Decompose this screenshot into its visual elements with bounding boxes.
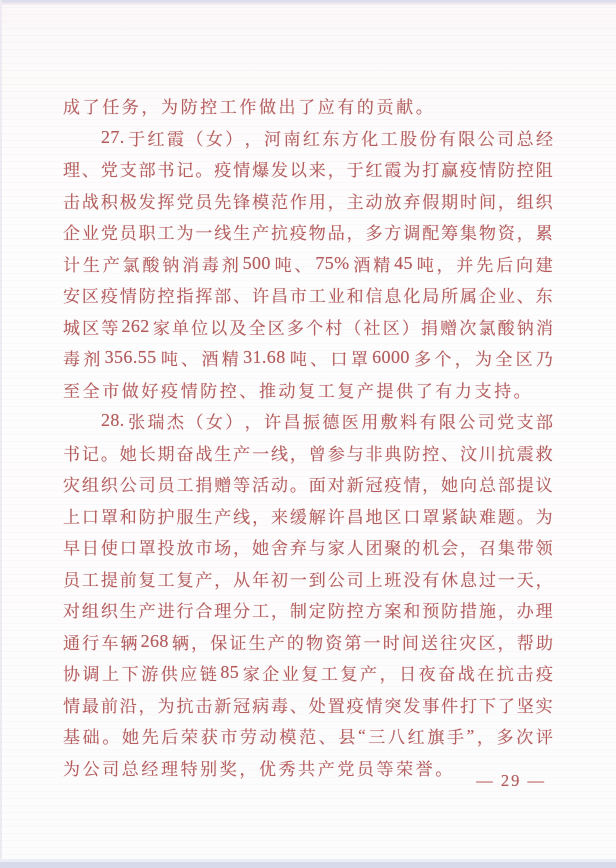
glyph: 区 [478, 629, 495, 654]
glyph: 理 [63, 156, 80, 181]
glyph: 精 [373, 251, 390, 276]
glyph: 线 [271, 440, 288, 465]
glyph: 限 [458, 125, 475, 150]
glyph: 有 [422, 566, 439, 591]
glyph: 爆 [252, 156, 269, 181]
glyph: 誉 [416, 755, 433, 780]
glyph: 一 [290, 566, 307, 591]
glyph: ， [233, 534, 250, 559]
text-line: 击战积极发挥党员先锋模范作用，主动放弃假期时间，组织 [63, 185, 553, 217]
glyph: 业 [282, 660, 299, 685]
glyph: （ [186, 125, 203, 150]
glyph: 打 [422, 156, 439, 181]
glyph: （ [186, 408, 203, 433]
glyph: 产 [233, 440, 250, 465]
glyph: 救 [536, 440, 553, 465]
glyph: 口 [403, 503, 420, 528]
glyph: 生 [249, 629, 266, 654]
glyph: ） [402, 314, 419, 339]
glyph: 对 [328, 471, 345, 496]
glyph: 等 [101, 314, 118, 339]
glyph: 办 [517, 597, 534, 622]
glyph: 献 [396, 93, 413, 118]
glyph: 早 [63, 534, 80, 559]
glyph: 日 [399, 660, 416, 685]
glyph: 产 [252, 219, 269, 244]
glyph: 时 [460, 188, 477, 213]
glyph: 后 [496, 251, 513, 276]
glyph: ， [328, 188, 345, 213]
text-line: 毒剂356.55吨、酒精31.68吨、口罩6000多个，为全区乃 [63, 342, 553, 374]
glyph: 优 [259, 755, 276, 780]
glyph: 疫 [460, 156, 477, 181]
glyph: 356.55 [104, 347, 158, 368]
glyph: 产 [318, 755, 335, 780]
glyph: 社 [364, 314, 381, 339]
glyph: 向 [460, 471, 477, 496]
glyph: 疫 [101, 282, 118, 307]
glyph: 单 [172, 314, 189, 339]
glyph: 贡 [377, 93, 394, 118]
glyph: 抗 [498, 440, 515, 465]
glyph: 为 [63, 755, 80, 780]
glyph: 服 [176, 503, 193, 528]
glyph: 灾 [63, 471, 80, 496]
glyph: ， [271, 597, 288, 622]
glyph: 支 [474, 377, 491, 402]
glyph: 召 [479, 534, 496, 559]
glyph: 公 [478, 125, 495, 150]
glyph: 消 [536, 314, 553, 339]
glyph: 方 [342, 125, 359, 150]
glyph: 南 [284, 125, 301, 150]
glyph: 战 [195, 440, 212, 465]
glyph: 料 [400, 408, 417, 433]
glyph: 第 [344, 629, 361, 654]
glyph: 市 [290, 282, 307, 307]
glyph: 支 [120, 156, 137, 181]
glyph: 、 [181, 345, 198, 370]
glyph: 线 [214, 219, 231, 244]
glyph: 有 [435, 377, 452, 402]
glyph: 、 [319, 723, 336, 748]
glyph: 前 [101, 692, 118, 717]
glyph: 复 [337, 377, 354, 402]
glyph: 舍 [271, 534, 288, 559]
glyph: 昌 [271, 282, 288, 307]
glyph: 带 [517, 534, 534, 559]
glyph: 精 [222, 345, 239, 370]
glyph: 议 [536, 471, 553, 496]
glyph: 情 [366, 692, 383, 717]
glyph: 冠 [233, 692, 250, 717]
glyph: 赠 [440, 314, 457, 339]
glyph: 通 [63, 629, 80, 654]
glyph: 送 [421, 629, 438, 654]
glyph: 施 [479, 597, 496, 622]
glyph: 了 [416, 377, 433, 402]
glyph: ， [239, 755, 256, 780]
glyph: 企 [63, 219, 80, 244]
glyph: 全 [249, 314, 266, 339]
glyph: 荣 [181, 723, 198, 748]
glyph: 一 [195, 219, 212, 244]
glyph: 股 [400, 125, 417, 150]
glyph: 局 [422, 282, 439, 307]
glyph: 天 [517, 566, 534, 591]
glyph: 没 [403, 566, 420, 591]
glyph: 三 [368, 723, 385, 748]
glyph: 抗 [271, 219, 288, 244]
glyph: 、 [233, 282, 250, 307]
glyph: ， [498, 597, 515, 622]
glyph: 物 [309, 219, 326, 244]
glyph: 控 [347, 597, 364, 622]
glyph: 安 [63, 282, 80, 307]
glyph: 工 [252, 597, 269, 622]
glyph: 属 [460, 282, 477, 307]
glyph: 家 [328, 534, 345, 559]
glyph: 预 [422, 597, 439, 622]
glyph: 疫 [214, 156, 231, 181]
glyph: 经 [536, 125, 553, 150]
glyph: 罩 [351, 345, 368, 370]
glyph: 实 [536, 692, 553, 717]
glyph: 来 [309, 156, 326, 181]
glyph: 区 [384, 503, 401, 528]
glyph: 酒 [353, 251, 370, 276]
glyph: 提 [377, 377, 394, 402]
glyph: 行 [82, 629, 99, 654]
glyph: 企 [262, 660, 279, 685]
glyph: 、 [82, 156, 99, 181]
glyph: 控 [220, 377, 237, 402]
glyph: 动 [366, 188, 383, 213]
glyph: 向 [516, 251, 533, 276]
glyph: 氯 [123, 251, 140, 276]
glyph: 和 [120, 503, 137, 528]
glyph: 许 [252, 282, 269, 307]
glyph: 锋 [233, 188, 250, 213]
glyph: 了 [83, 93, 100, 118]
glyph: 党 [101, 219, 118, 244]
glyph: 击 [195, 692, 212, 717]
glyph: 防 [139, 282, 156, 307]
glyph: 。 [416, 93, 433, 118]
glyph: 建 [536, 251, 553, 276]
glyph: 奖 [220, 755, 237, 780]
glyph: ， [455, 345, 472, 370]
glyph: 司 [347, 566, 364, 591]
glyph: 河 [264, 125, 281, 150]
scanned-document-page: 成了任务，为防控工作做出了应有的贡献。27.于红霞（女），河南红东方化工股份有限… [0, 0, 616, 868]
glyph: 共 [298, 755, 315, 780]
glyph: 司 [102, 755, 119, 780]
glyph: 提 [517, 471, 534, 496]
glyph: 物 [306, 629, 323, 654]
text-line: 安区疫情防控指挥部、许昌市工业和信息化局所属企业、东 [63, 279, 553, 311]
glyph: 她 [122, 723, 139, 748]
glyph: 突 [384, 692, 401, 717]
glyph: ， [422, 471, 439, 496]
glyph: 振 [303, 408, 320, 433]
text-block: 成了任务，为防控工作做出了应有的贡献。27.于红霞（女），河南红东方化工股份有限… [63, 90, 553, 783]
glyph: 病 [252, 692, 269, 717]
glyph: 霞 [167, 125, 184, 150]
glyph: 德 [322, 408, 339, 433]
glyph: 75% [314, 253, 350, 274]
glyph: 防 [181, 93, 198, 118]
glyph: 时 [383, 629, 400, 654]
glyph: 组 [82, 471, 99, 496]
glyph: ， [380, 660, 397, 685]
glyph: 并 [456, 251, 473, 276]
glyph: 主 [347, 188, 364, 213]
glyph: 、 [239, 377, 256, 402]
glyph: 最 [82, 692, 99, 717]
glyph: 。 [195, 156, 212, 181]
glyph: 别 [200, 755, 217, 780]
glyph: 获 [201, 723, 218, 748]
glyph: 方 [384, 219, 401, 244]
glyph: 85 [219, 662, 240, 683]
glyph: 500 [242, 253, 272, 274]
glyph: 八 [388, 723, 405, 748]
glyph: 等 [377, 755, 394, 780]
glyph: 记 [82, 440, 99, 465]
glyph: 作 [239, 93, 256, 118]
glyph: 链 [200, 660, 217, 685]
glyph: 发 [139, 188, 156, 213]
glyph: 产 [360, 660, 377, 685]
glyph: 个 [306, 314, 323, 339]
scanner-edge-left [0, 0, 2, 868]
glyph: 总 [517, 125, 534, 150]
glyph: 吨 [161, 345, 178, 370]
glyph: 6000 [371, 347, 411, 368]
glyph: 和 [347, 282, 364, 307]
glyph: 多 [497, 723, 514, 748]
glyph: 班 [384, 566, 401, 591]
glyph: 她 [120, 440, 137, 465]
glyph: 城 [63, 314, 80, 339]
glyph: 极 [120, 188, 137, 213]
glyph: 复 [176, 566, 193, 591]
glyph: 后 [161, 723, 178, 748]
glyph: ， [252, 503, 269, 528]
glyph: 非 [366, 440, 383, 465]
glyph: ， [498, 629, 515, 654]
glyph: 部 [498, 471, 515, 496]
glyph: 辆 [172, 629, 189, 654]
glyph: 经 [141, 755, 158, 780]
glyph: 积 [101, 188, 118, 213]
glyph: “ [358, 726, 366, 746]
glyph: 企 [479, 282, 496, 307]
glyph: 置 [328, 692, 345, 717]
glyph: 红 [408, 723, 425, 748]
glyph: 会 [441, 534, 458, 559]
glyph: 为 [403, 156, 420, 181]
glyph: 资 [325, 629, 342, 654]
glyph: 曾 [309, 440, 326, 465]
glyph: 集 [498, 534, 515, 559]
glyph: 业 [498, 282, 515, 307]
glyph: 敷 [381, 408, 398, 433]
glyph: ， [477, 723, 494, 748]
glyph: 资 [498, 219, 515, 244]
glyph: 基 [63, 723, 80, 748]
glyph: 。 [102, 723, 119, 748]
glyph: 红 [148, 125, 165, 150]
glyph: 公 [328, 566, 345, 591]
glyph: 保 [210, 629, 227, 654]
glyph: 及 [229, 314, 246, 339]
glyph: 党 [101, 156, 118, 181]
glyph: 口 [120, 534, 137, 559]
glyph: 到 [309, 566, 326, 591]
glyph: 位 [191, 314, 208, 339]
text-line: 协调上下游供应链85家企业复工复产，日夜奋战在抗击疫 [63, 657, 553, 689]
glyph: 区 [516, 345, 533, 370]
glyph: ， [290, 440, 307, 465]
glyph: 市 [102, 377, 119, 402]
glyph: 累 [536, 219, 553, 244]
glyph: 市 [220, 723, 237, 748]
glyph: 党 [497, 408, 514, 433]
glyph: 31.68 [242, 347, 287, 368]
glyph: 控 [158, 282, 175, 307]
glyph: 础 [83, 723, 100, 748]
glyph: 息 [460, 566, 477, 591]
glyph: 控 [422, 440, 439, 465]
glyph: 抗 [497, 660, 514, 685]
glyph: 产 [357, 377, 374, 402]
glyph: 筹 [441, 219, 458, 244]
glyph: 推 [259, 377, 276, 402]
glyph: 有 [337, 93, 354, 118]
glyph: 医 [342, 408, 359, 433]
glyph: 酸 [498, 314, 515, 339]
glyph: 业 [82, 219, 99, 244]
glyph: 动 [260, 723, 277, 748]
glyph: ， [245, 408, 262, 433]
glyph: 方 [366, 597, 383, 622]
glyph: 情 [120, 282, 137, 307]
glyph: ） [225, 125, 242, 150]
glyph: 先 [214, 188, 231, 213]
glyph: 毒 [271, 692, 288, 717]
glyph: 件 [441, 692, 458, 717]
glyph: 地 [366, 503, 383, 528]
glyph: 线 [233, 503, 250, 528]
glyph: 物 [479, 219, 496, 244]
glyph: 好 [141, 377, 158, 402]
glyph: 发 [271, 156, 288, 181]
glyph: 日 [82, 534, 99, 559]
glyph: 新 [214, 692, 231, 717]
glyph: 行 [176, 597, 193, 622]
glyph: 罩 [139, 534, 156, 559]
text-line: 成了任务，为防控工作做出了应有的贡献。 [63, 90, 553, 122]
glyph: 罩 [101, 503, 118, 528]
glyph: 解 [309, 503, 326, 528]
glyph: 战 [82, 188, 99, 213]
glyph: 组 [517, 188, 534, 213]
glyph: 区 [82, 282, 99, 307]
glyph: 防 [139, 503, 156, 528]
glyph: 先 [142, 723, 159, 748]
glyph: 个 [434, 345, 451, 370]
glyph: 应 [180, 660, 197, 685]
glyph: 总 [479, 471, 496, 496]
glyph: 持 [494, 377, 511, 402]
glyph: 为 [536, 503, 553, 528]
glyph: 许 [264, 408, 281, 433]
glyph: 动 [271, 471, 288, 496]
glyph: 过 [479, 566, 496, 591]
text-line: 对组织生产进行合理分工，制定防控方案和预防措施，办理 [63, 594, 553, 626]
glyph: 员 [63, 566, 80, 591]
glyph: 配 [422, 219, 439, 244]
glyph: 业 [328, 282, 345, 307]
glyph: 措 [460, 597, 477, 622]
glyph: 聚 [384, 534, 401, 559]
glyph: 发 [403, 692, 420, 717]
glyph: 调 [403, 219, 420, 244]
text-line: 城区等262家单位以及全区多个村（社区）捐赠次氯酸钠消 [63, 311, 553, 343]
glyph: 赠 [214, 471, 231, 496]
glyph: 先 [476, 251, 493, 276]
glyph: 疫 [161, 377, 178, 402]
glyph: 产 [103, 251, 120, 276]
glyph: 于 [128, 125, 145, 150]
glyph: 为 [161, 93, 178, 118]
glyph: 为 [158, 692, 175, 717]
glyph: 党 [337, 755, 354, 780]
glyph: 部 [139, 156, 156, 181]
glyph: 于 [347, 156, 364, 181]
glyph: 使 [101, 534, 118, 559]
glyph: 阻 [536, 156, 553, 181]
glyph: 防 [403, 440, 420, 465]
glyph: 霞 [384, 156, 401, 181]
glyph: 前 [120, 566, 137, 591]
glyph: 所 [441, 282, 458, 307]
glyph: 支 [517, 408, 534, 433]
glyph: 做 [122, 377, 139, 402]
glyph: 昌 [347, 503, 364, 528]
glyph: 车 [101, 629, 118, 654]
glyph: 处 [309, 692, 326, 717]
glyph: （ [344, 314, 361, 339]
glyph: ， [347, 219, 364, 244]
glyph: 控 [517, 156, 534, 181]
glyph: 动 [279, 377, 296, 402]
glyph: 评 [536, 723, 553, 748]
glyph: 帮 [517, 629, 534, 654]
glyph: 钠 [162, 251, 179, 276]
glyph: 期 [441, 188, 458, 213]
text-line: 员工提前复工复产，从年初一到公司上班没有休息过一天， [63, 563, 553, 595]
glyph: 产 [195, 566, 212, 591]
glyph: 等 [233, 471, 250, 496]
page-number: — 29 — [476, 771, 546, 791]
glyph: 45 [393, 253, 414, 274]
glyph: 用 [309, 188, 326, 213]
glyph: ， [141, 93, 158, 118]
glyph: 吨 [290, 345, 307, 370]
